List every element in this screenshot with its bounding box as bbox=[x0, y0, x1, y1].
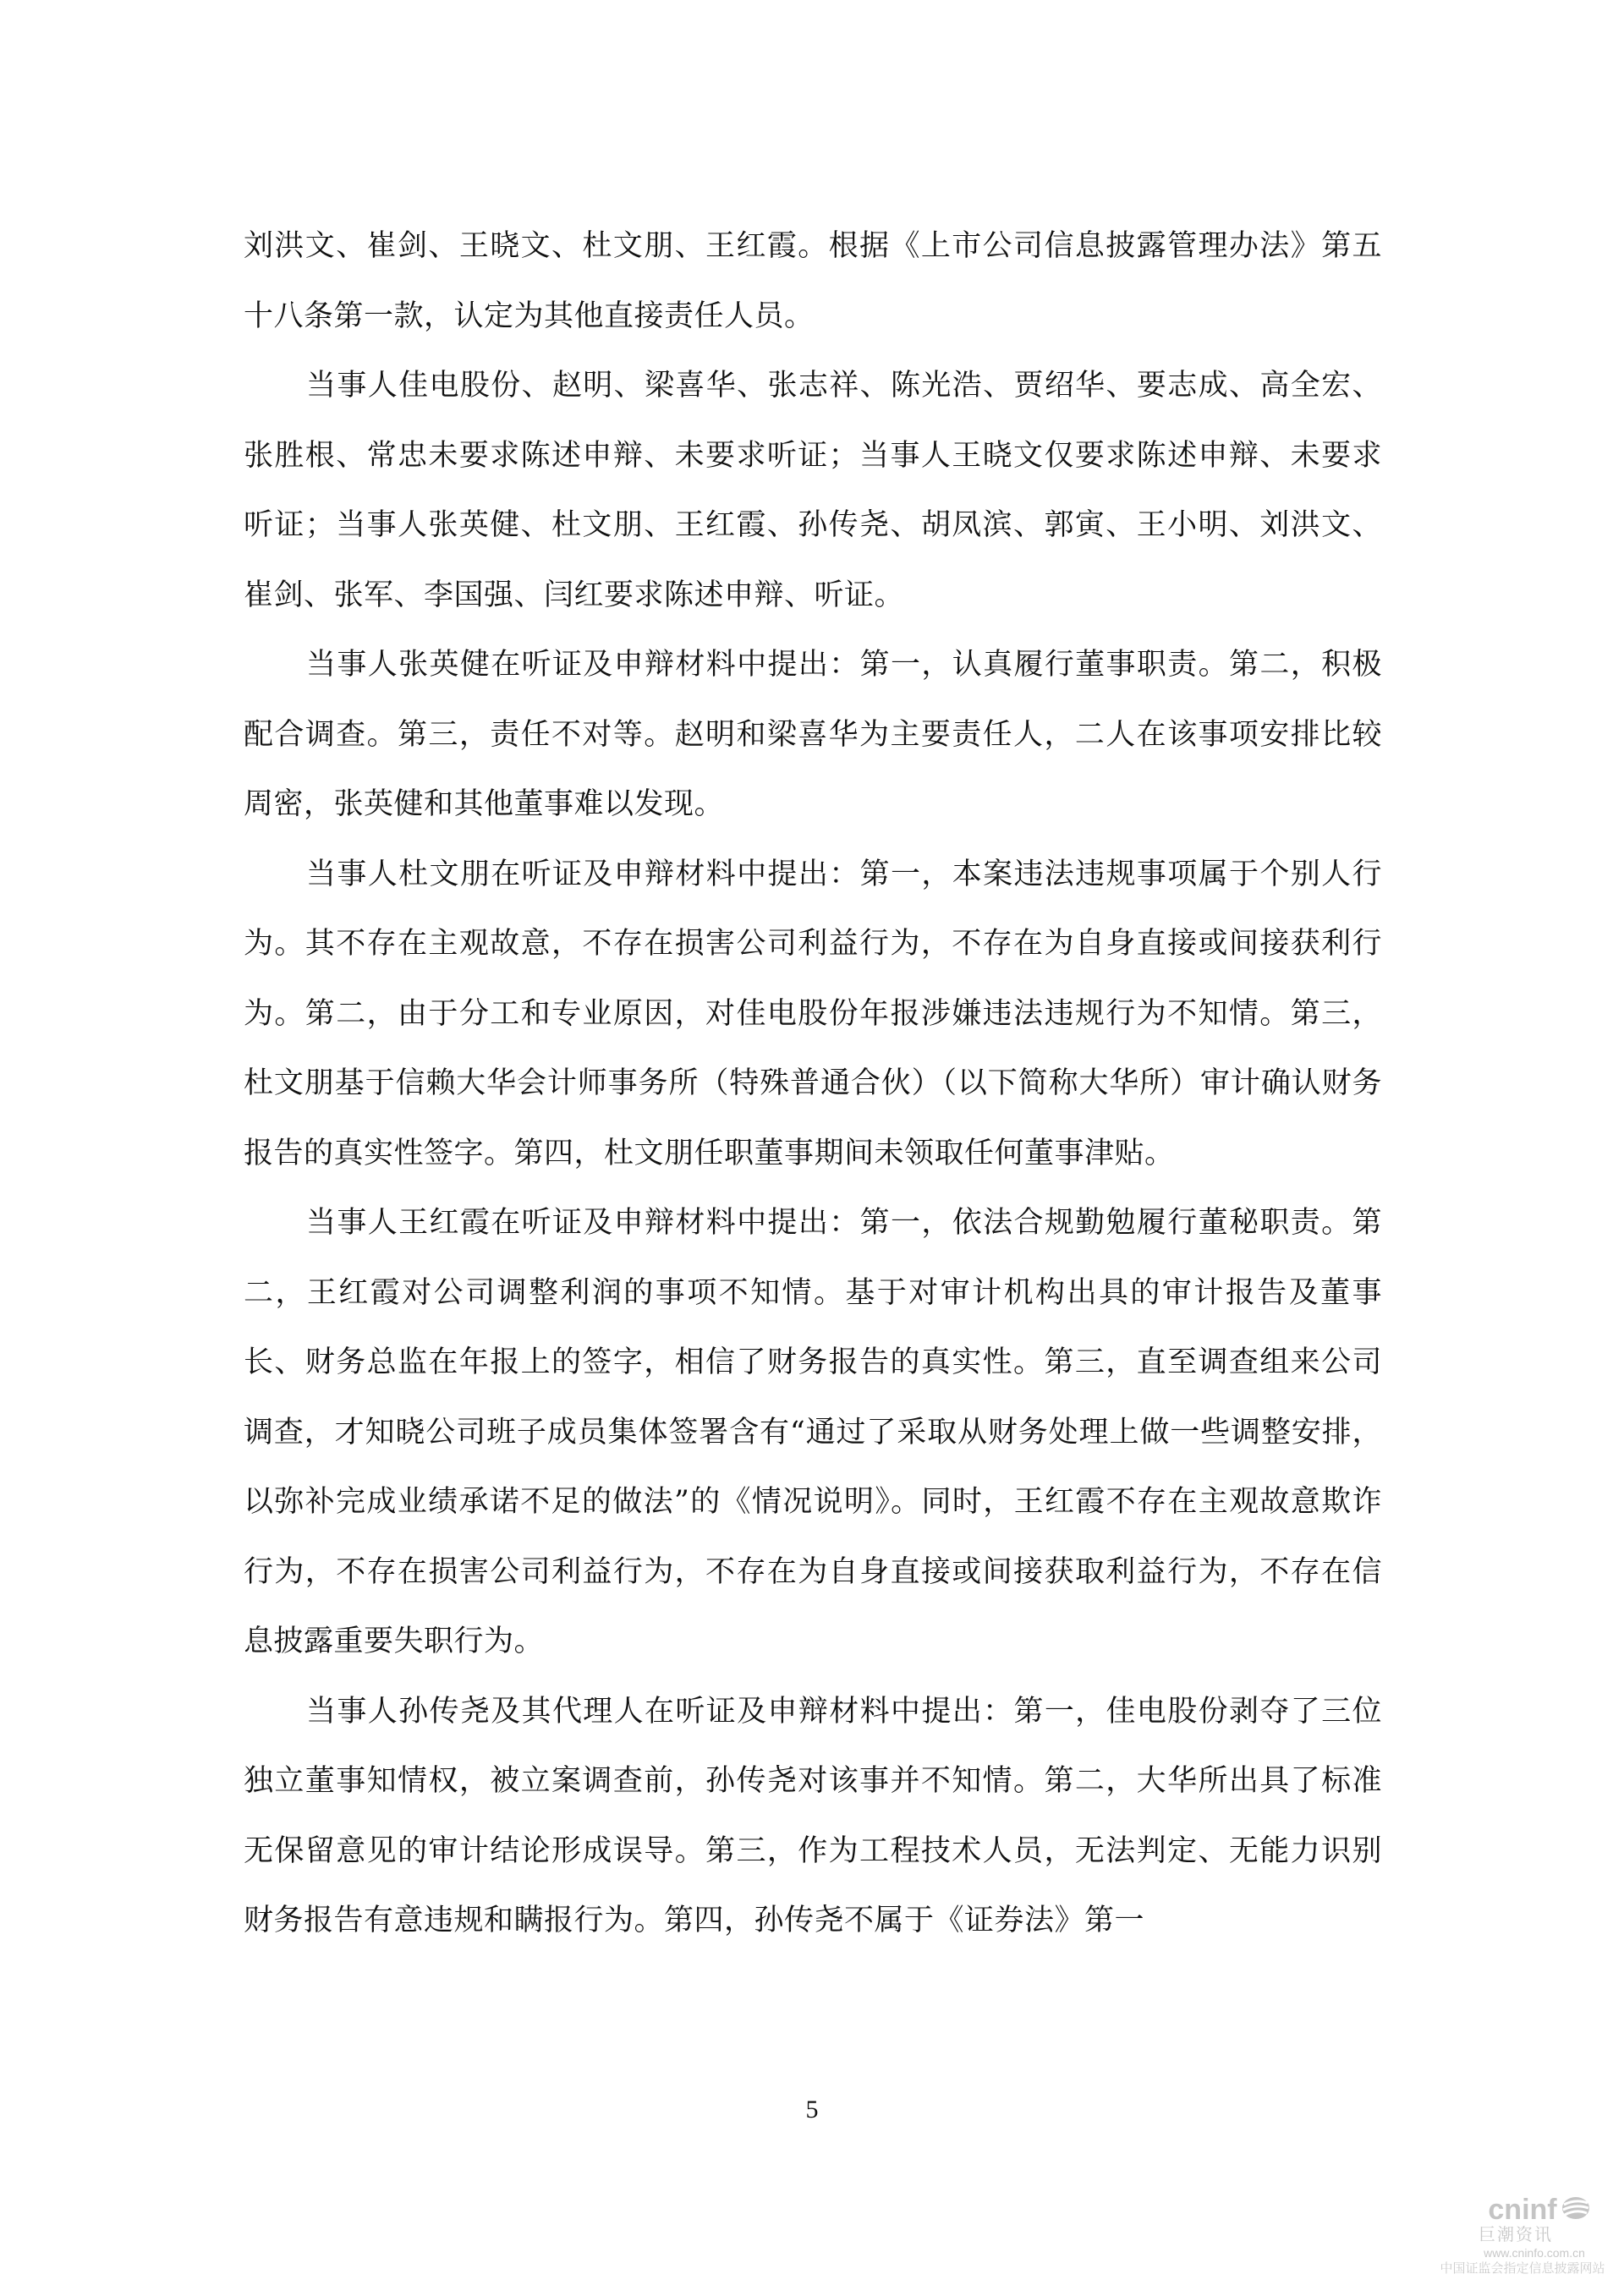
cninfo-swirl-icon bbox=[1561, 2195, 1591, 2225]
paragraph-wang-hongxia-defense: 当事人王红霞在听证及申辩材料中提出：第一，依法合规勤勉履行董秘职责。第二，王红霞… bbox=[244, 1188, 1382, 1677]
paragraph-du-wenpeng-defense: 当事人杜文朋在听证及申辩材料中提出：第一，本案违法违规事项属于个别人行为。其不存… bbox=[244, 840, 1382, 1189]
document-page: 刘洪文、崔剑、王晓文、杜文朋、王红霞。根据《上市公司信息披露管理办法》第五十八条… bbox=[0, 0, 1624, 2296]
watermark-logo-row: cninf bbox=[1455, 2195, 1624, 2225]
page-number: 5 bbox=[0, 2096, 1624, 2124]
paragraph-sun-chuanyao-defense: 当事人孙传尧及其代理人在听证及申辩材料中提出：第一，佳电股份剥夺了三位独立董事知… bbox=[244, 1677, 1382, 1956]
cninfo-watermark: cninf 巨潮资讯 www.cninfo.com.cn 中国证监会指定信息披露… bbox=[1438, 2195, 1624, 2277]
watermark-logo-text: cninf bbox=[1488, 2195, 1556, 2225]
watermark-brand-name: 巨潮资讯 bbox=[1407, 2225, 1624, 2245]
document-body: 刘洪文、崔剑、王晓文、杜文朋、王红霞。根据《上市公司信息披露管理办法》第五十八条… bbox=[244, 211, 1382, 1956]
paragraph-hearing-requests: 当事人佳电股份、赵明、梁喜华、张志祥、陈光浩、贾绍华、要志成、高全宏、张胜根、常… bbox=[244, 351, 1382, 630]
watermark-url: www.cninfo.com.cn bbox=[1445, 2245, 1624, 2260]
paragraph-zhang-yingjian-defense: 当事人张英健在听证及申辩材料中提出：第一，认真履行董事职责。第二，积极配合调查。… bbox=[244, 630, 1382, 840]
paragraph-responsible-persons: 刘洪文、崔剑、王晓文、杜文朋、王红霞。根据《上市公司信息披露管理办法》第五十八条… bbox=[244, 211, 1382, 351]
watermark-description: 中国证监会指定信息披露网站 bbox=[1421, 2260, 1624, 2277]
